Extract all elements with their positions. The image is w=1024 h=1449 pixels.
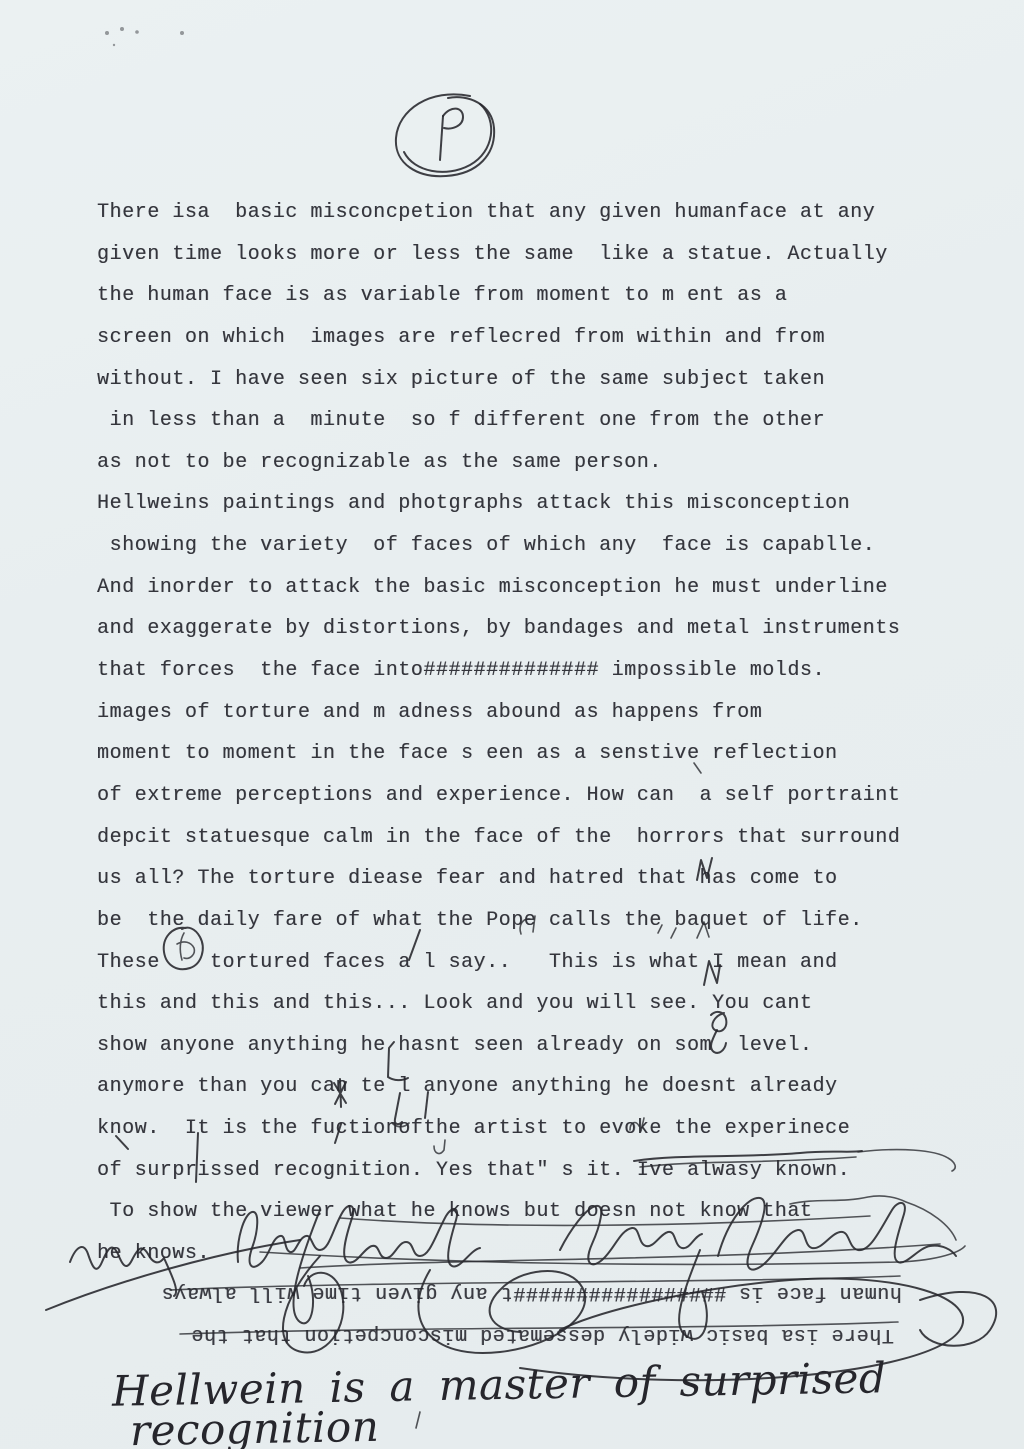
typed-line: show anyone anything he hasnt seen alrea…	[97, 1025, 997, 1067]
typed-line: To show the viewer what he knows but doe…	[97, 1191, 997, 1233]
typed-line: us all? The torture diease fear and hatr…	[97, 858, 997, 900]
upside-down-typed-line-2: There isa basic widely dessemated miscon…	[188, 1323, 894, 1346]
typed-line: without. I have seen six picture of the …	[97, 359, 997, 401]
typed-line: of surprissed recognition. Yes that" s i…	[97, 1150, 997, 1192]
typed-line: moment to moment in the face s een as a …	[97, 733, 997, 775]
typed-line: this and this and this... Look and you w…	[97, 983, 997, 1025]
typed-line: Hellweins paintings and photgraphs attac…	[97, 483, 997, 525]
typed-line: screen on which images are reflecred fro…	[97, 317, 997, 359]
typed-line: depcit statuesque calm in the face of th…	[97, 817, 997, 859]
typed-line: that forces the face into############## …	[97, 650, 997, 692]
typed-line: know. It is the fuctionofthe artist to e…	[97, 1108, 997, 1150]
upside-down-typed-line-1: human face is #################t any giv…	[160, 1281, 902, 1304]
typed-line: anymore than you can te l anyone anythin…	[97, 1066, 997, 1108]
typed-line: in less than a minute so f different one…	[97, 400, 997, 442]
typed-line: given time looks more or less the same l…	[97, 234, 997, 276]
typed-line: And inorder to attack the basic misconce…	[97, 567, 997, 609]
typed-line: as not to be recognizable as the same pe…	[97, 442, 997, 484]
handwritten-note-line-2: recognition	[130, 1402, 380, 1449]
typed-text-block: There isa basic misconcpetion that any g…	[97, 192, 997, 1275]
typed-line: he knows.	[97, 1233, 997, 1275]
typed-line: There isa basic misconcpetion that any g…	[97, 192, 997, 234]
typed-line: These tortured faces a l say.. This is w…	[97, 942, 997, 984]
typed-line: images of torture and m adness abound as…	[97, 692, 997, 734]
typed-line: of extreme perceptions and experience. H…	[97, 775, 997, 817]
typed-line: and exaggerate by distortions, by bandag…	[97, 608, 997, 650]
typed-line: showing the variety of faces of which an…	[97, 525, 997, 567]
typed-line: be the daily fare of what the Pope calls…	[97, 900, 997, 942]
typed-line: the human face is as variable from momen…	[97, 275, 997, 317]
